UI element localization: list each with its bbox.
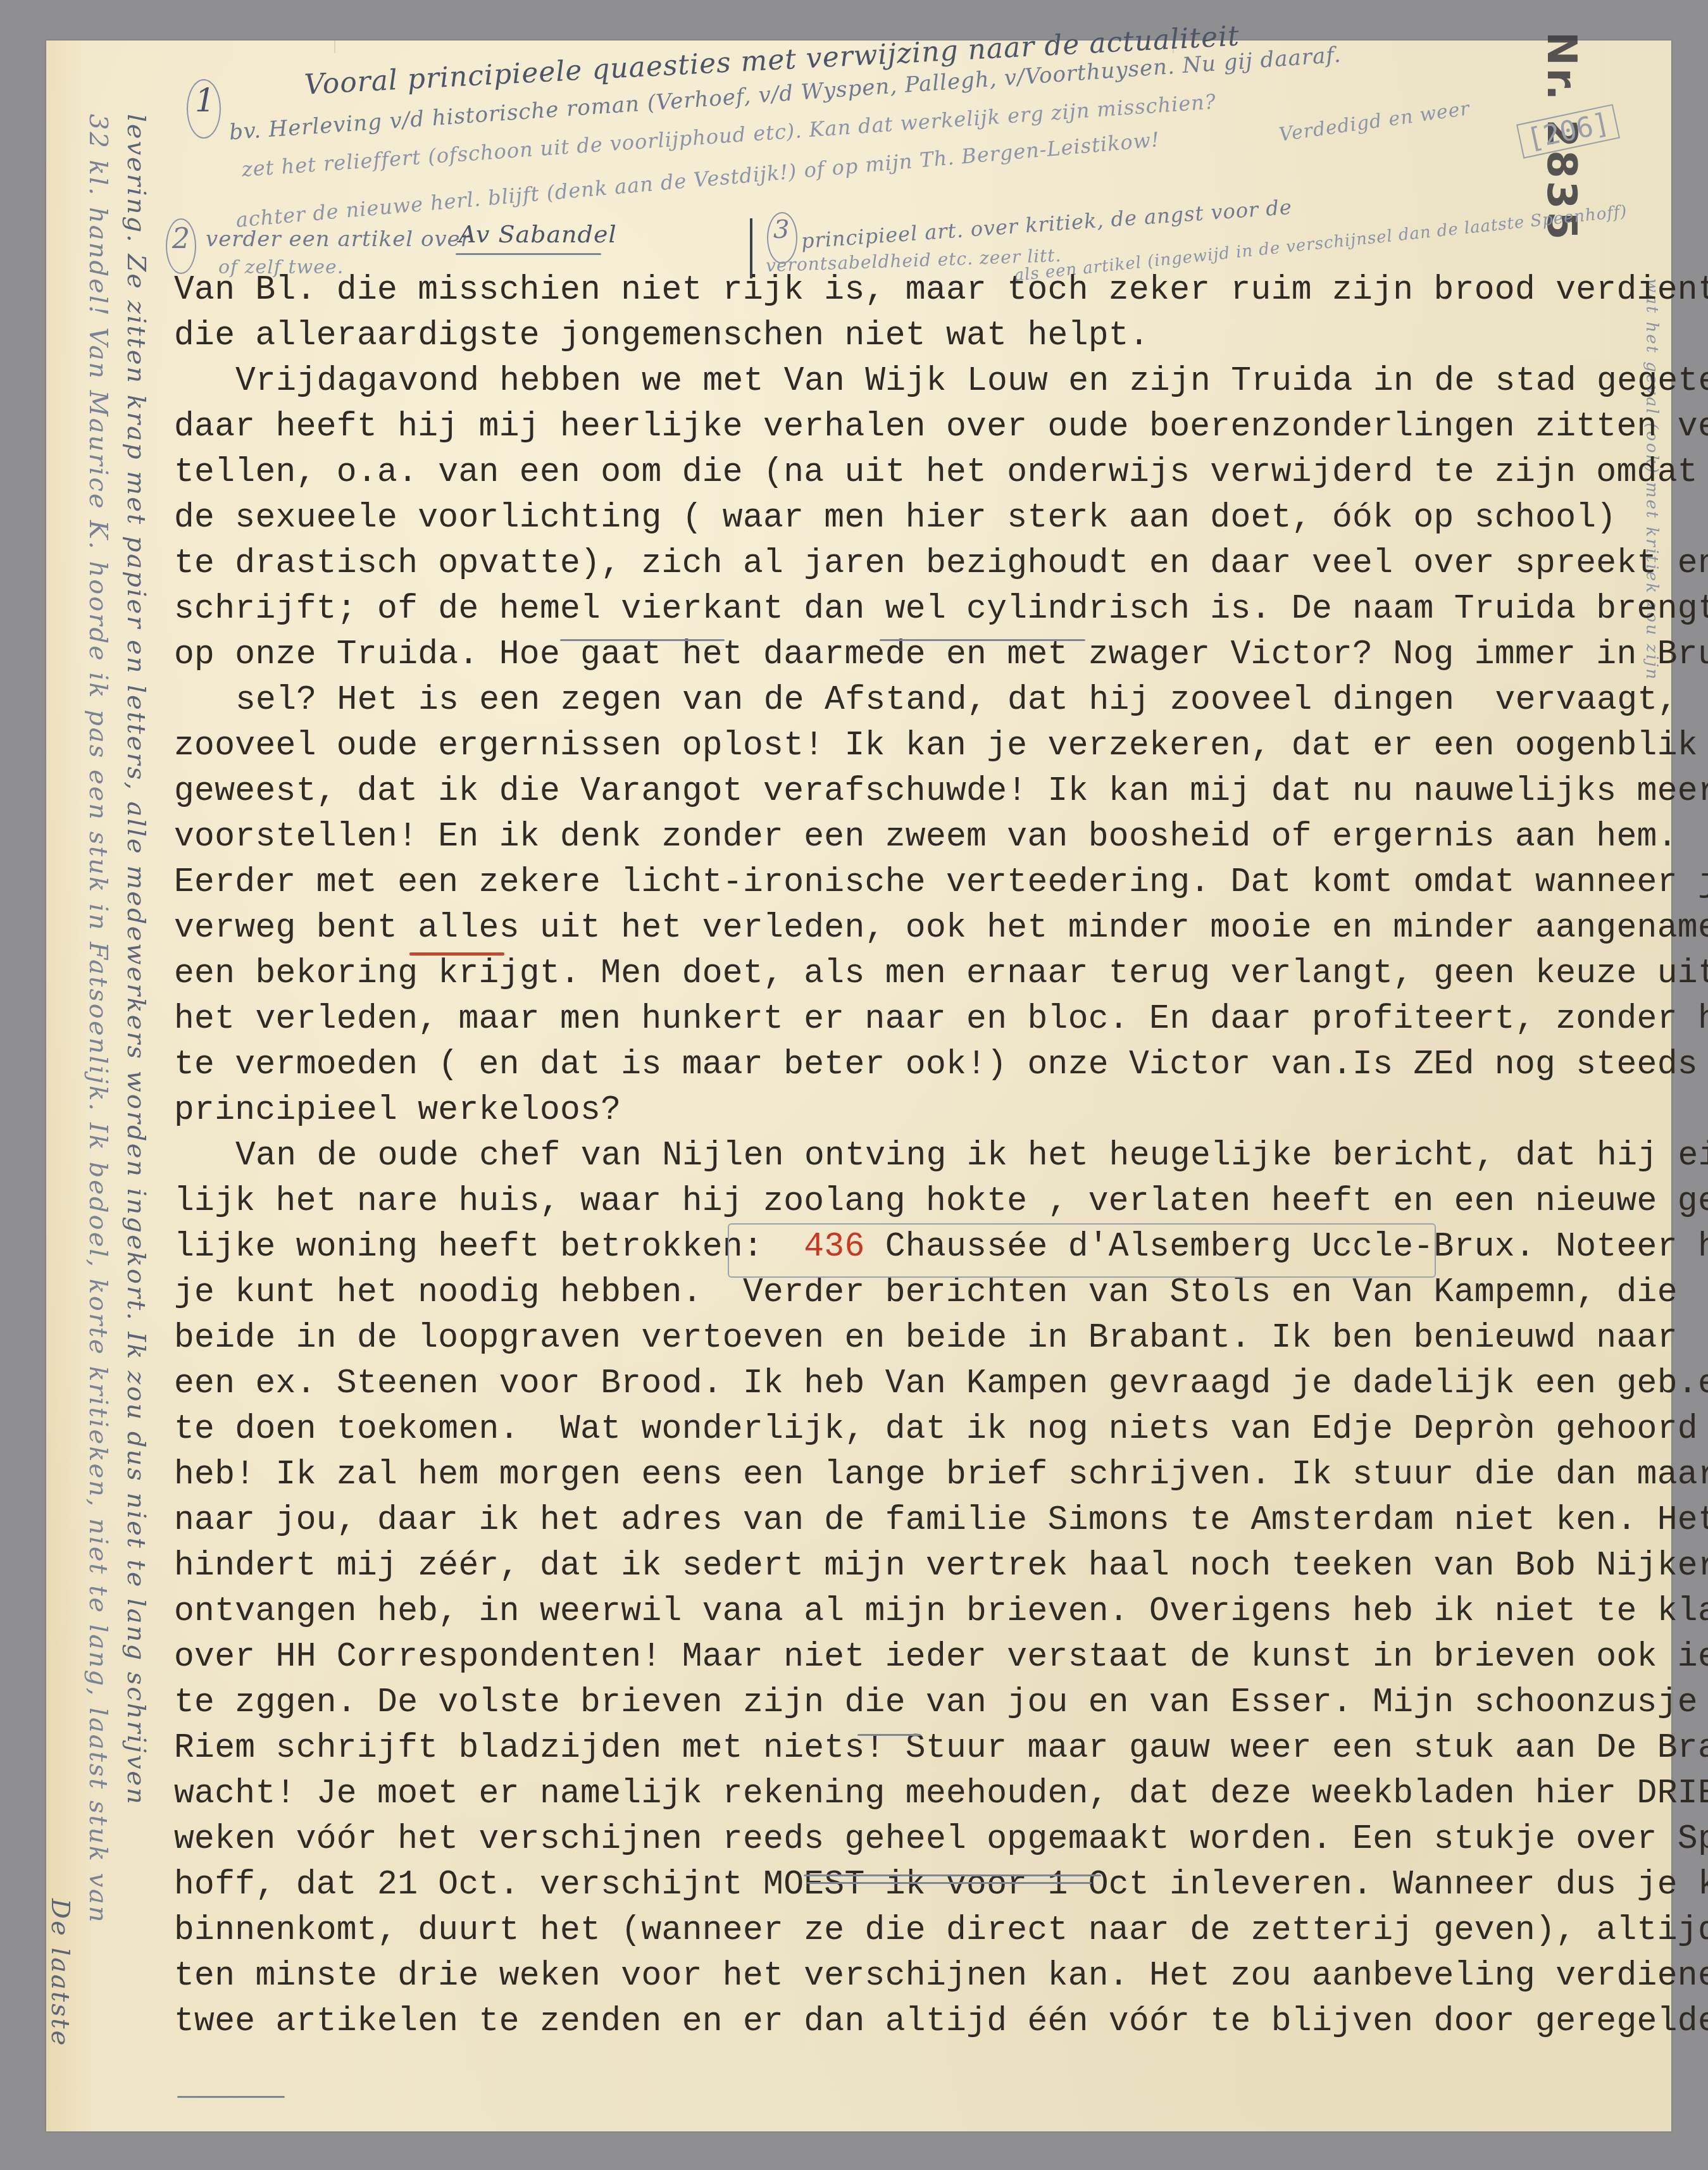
pencil-address-box (728, 1223, 1436, 1278)
typed-line: wacht! Je moet er namelijk rekening meeh… (174, 1771, 1708, 1816)
pencil-underline-cylindrisch (880, 639, 1085, 641)
typed-line: Riem schrijft bladzijden met niets! Stuu… (174, 1725, 1708, 1771)
typed-line: een bekoring krijgt. Men doet, als men e… (174, 951, 1708, 996)
typed-line: hindert mij zéér, dat ik sedert mijn ver… (174, 1543, 1708, 1588)
typed-line: Van de oude chef van Nijlen ontving ik h… (235, 1133, 1708, 1178)
typed-line: naar jou, daar ik het adres van de famil… (174, 1497, 1708, 1543)
pencil-underline-twee (177, 2096, 285, 2098)
pencil-underline (456, 253, 601, 255)
typed-letter-body: Van Bl. die misschien niet rijk is, maar… (174, 267, 215, 2090)
typed-line: te doen toekomen. Wat wonderlijk, dat ik… (174, 1406, 1698, 1452)
typed-line: een ex. Steenen voor Brood. Ik heb Van K… (174, 1361, 1708, 1406)
typed-line: ontvangen heb, in weerwil vana al mijn b… (174, 1588, 1708, 1634)
typed-line: daar heeft hij mij heerlijke verhalen ov… (174, 404, 1708, 449)
item-2-subject: Av Sabandel (459, 220, 617, 248)
left-margin-note: De laatste (46, 1899, 75, 2047)
typed-line: sel? Het is een zegen van de Afstand, da… (235, 677, 1678, 723)
typed-line: beide in de loopgraven vertoeven en beid… (174, 1315, 1678, 1361)
typed-line: die alleraardigste jongemenschen niet wa… (174, 313, 1149, 358)
item-1-number: 1 (195, 82, 216, 119)
typed-line: heb! Ik zal hem morgen eens een lange br… (174, 1452, 1708, 1497)
typed-line: Van Bl. die misschien niet rijk is, maar… (174, 267, 1708, 313)
typed-line: over HH Correspondenten! Maar niet ieder… (174, 1634, 1708, 1680)
typed-line: ten minste drie weken voor het verschijn… (174, 1953, 1708, 1999)
red-underline-alles (409, 952, 504, 956)
typed-line: verweg bent alles uit het verleden, ook … (174, 905, 1708, 951)
typed-line: hoff, dat 21 Oct. verschijnt MOEST ik vo… (174, 1862, 1708, 1907)
typed-line: schrijft; of de hemel vierkant dan wel c… (174, 586, 1708, 632)
left-margin-note: levering. Ze zitten krap met papier en l… (122, 114, 151, 1806)
item-3-number: 3 (773, 215, 790, 244)
pencil-underline-geheel-opgemaakt (804, 1874, 1101, 1876)
typed-line: zooveel oude ergernissen oplost! Ik kan … (174, 723, 1708, 768)
typed-line: op onze Truida. Hoe gaat het daarmede en… (174, 632, 1708, 677)
pencil-underline-geheel-opgemaakt (807, 1882, 1092, 1884)
typed-line: twee artikelen te zenden en er dan altij… (174, 1999, 1708, 2044)
typed-line: lijk het nare huis, waar hij zoolang hok… (174, 1178, 1708, 1224)
typed-line: geweest, dat ik die Varangot verafschuwd… (174, 768, 1708, 814)
typed-line: het verleden, maar men hunkert er naar e… (174, 996, 1708, 1042)
typed-line: tellen, o.a. van een oom die (na uit het… (174, 449, 1708, 495)
typed-line: Vrijdagavond hebben we met Van Wijk Louw… (235, 358, 1708, 404)
typed-line: de sexueele voorlichting ( waar men hier… (174, 495, 1616, 540)
pencil-underline-gauw (857, 1734, 921, 1736)
typed-line: te zggen. De volste brieven zijn die van… (174, 1680, 1698, 1725)
typed-line: Eerder met een zekere licht-ironische ve… (174, 859, 1708, 905)
typed-line: principieel werkeloos? (174, 1087, 621, 1133)
left-margin-note: 32 kl. handel! Van Maurice K. hoorde ik … (84, 114, 113, 1924)
typed-line: voorstellen! En ik denk zonder een zweem… (174, 814, 1678, 859)
pencil-underline-vierkant (560, 639, 725, 641)
item-2-line: verder een artikel over (206, 227, 471, 252)
typed-line: te vermoeden ( en dat is maar beter ook!… (174, 1042, 1698, 1087)
typed-line: weken vóór het verschijnen reeds geheel … (174, 1816, 1708, 1862)
item-2-number: 2 (172, 223, 190, 255)
typed-line: te drastisch opvatte), zich al jaren bez… (174, 540, 1708, 586)
paper-fold-mark (334, 41, 335, 53)
typed-line: binnenkomt, duurt het (wanneer ze die di… (174, 1907, 1708, 1953)
